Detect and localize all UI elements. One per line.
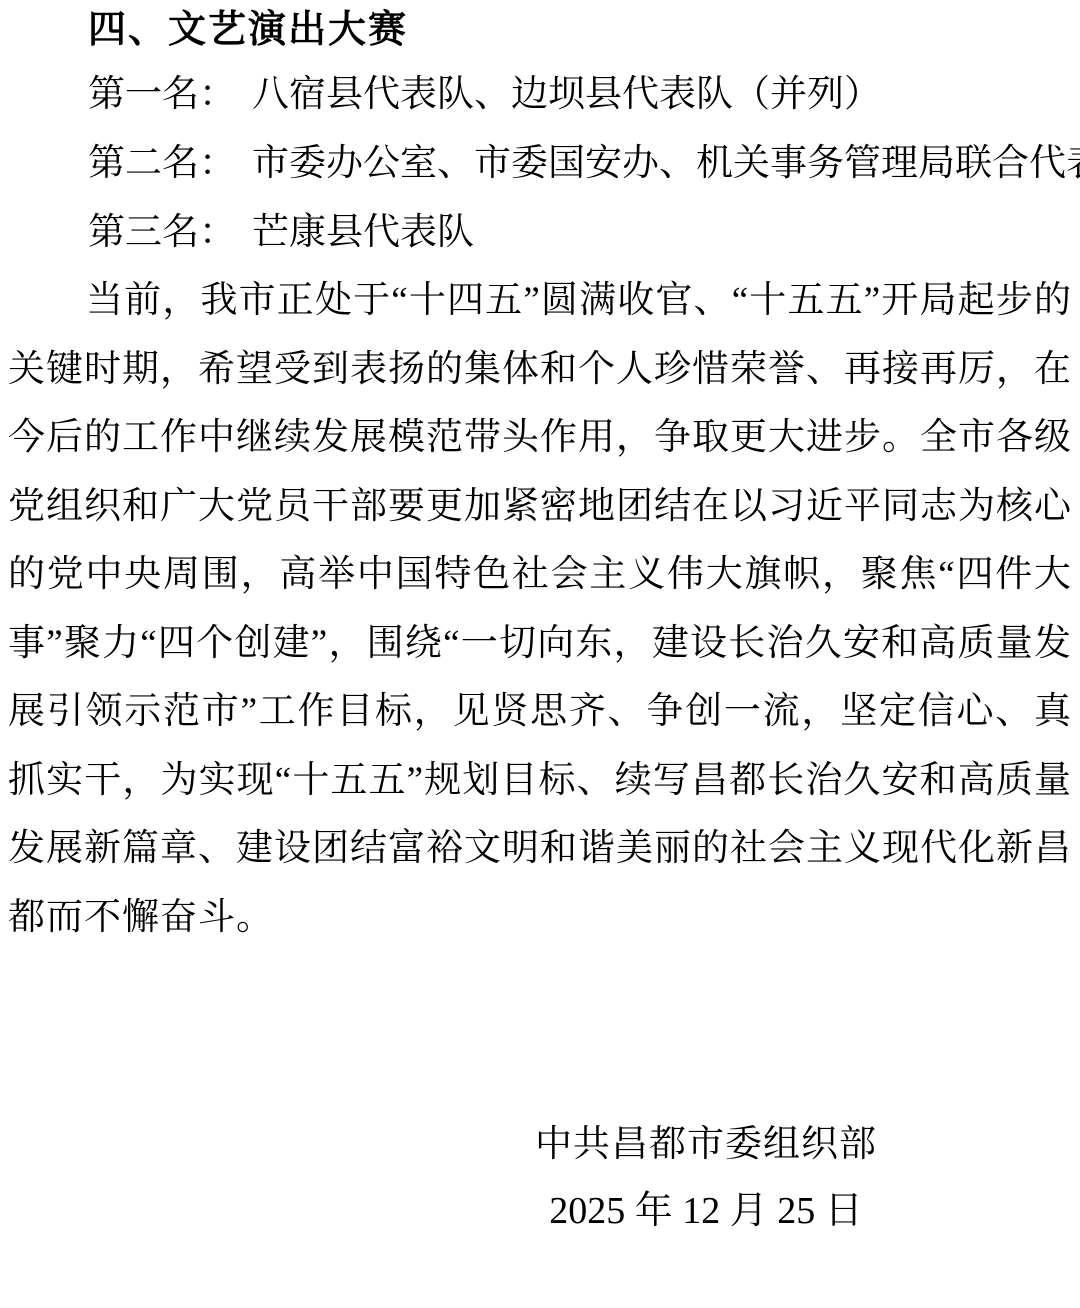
ranking-second-label: 第二名： xyxy=(88,143,236,184)
signature-date: 2025 年 12 月 25 日 xyxy=(535,1178,877,1244)
ranking-first: 第一名：八宿县代表队、边坝县代表队（并列） xyxy=(8,60,1072,129)
ranking-second-teams: 市委办公室、市委国安办、机关事务管理局联合代表队 xyxy=(252,143,1080,184)
section-heading: 四、文艺演出大赛 xyxy=(88,0,1072,60)
signature-block: 中共昌都市委组织部 2025 年 12 月 25 日 xyxy=(535,1112,877,1244)
ranking-second: 第二名：市委办公室、市委国安办、机关事务管理局联合代表队 xyxy=(8,129,1072,198)
ranking-third: 第三名：芒康县代表队 xyxy=(8,198,1072,267)
ranking-third-teams: 芒康县代表队 xyxy=(252,212,474,253)
ranking-first-teams: 八宿县代表队、边坝县代表队（并列） xyxy=(252,74,881,115)
signature-organization: 中共昌都市委组织部 xyxy=(535,1112,877,1178)
document-page: 四、文艺演出大赛 第一名：八宿县代表队、边坝县代表队（并列） 第二名：市委办公室… xyxy=(0,0,1080,1308)
ranking-first-label: 第一名： xyxy=(88,74,236,115)
closing-paragraph: 当前，我市正处于“十四五”圆满收官、“十五五”开局起步的关键时期，希望受到表扬的… xyxy=(8,267,1072,952)
ranking-third-label: 第三名： xyxy=(88,212,236,253)
rankings-list: 第一名：八宿县代表队、边坝县代表队（并列） 第二名：市委办公室、市委国安办、机关… xyxy=(8,60,1072,267)
